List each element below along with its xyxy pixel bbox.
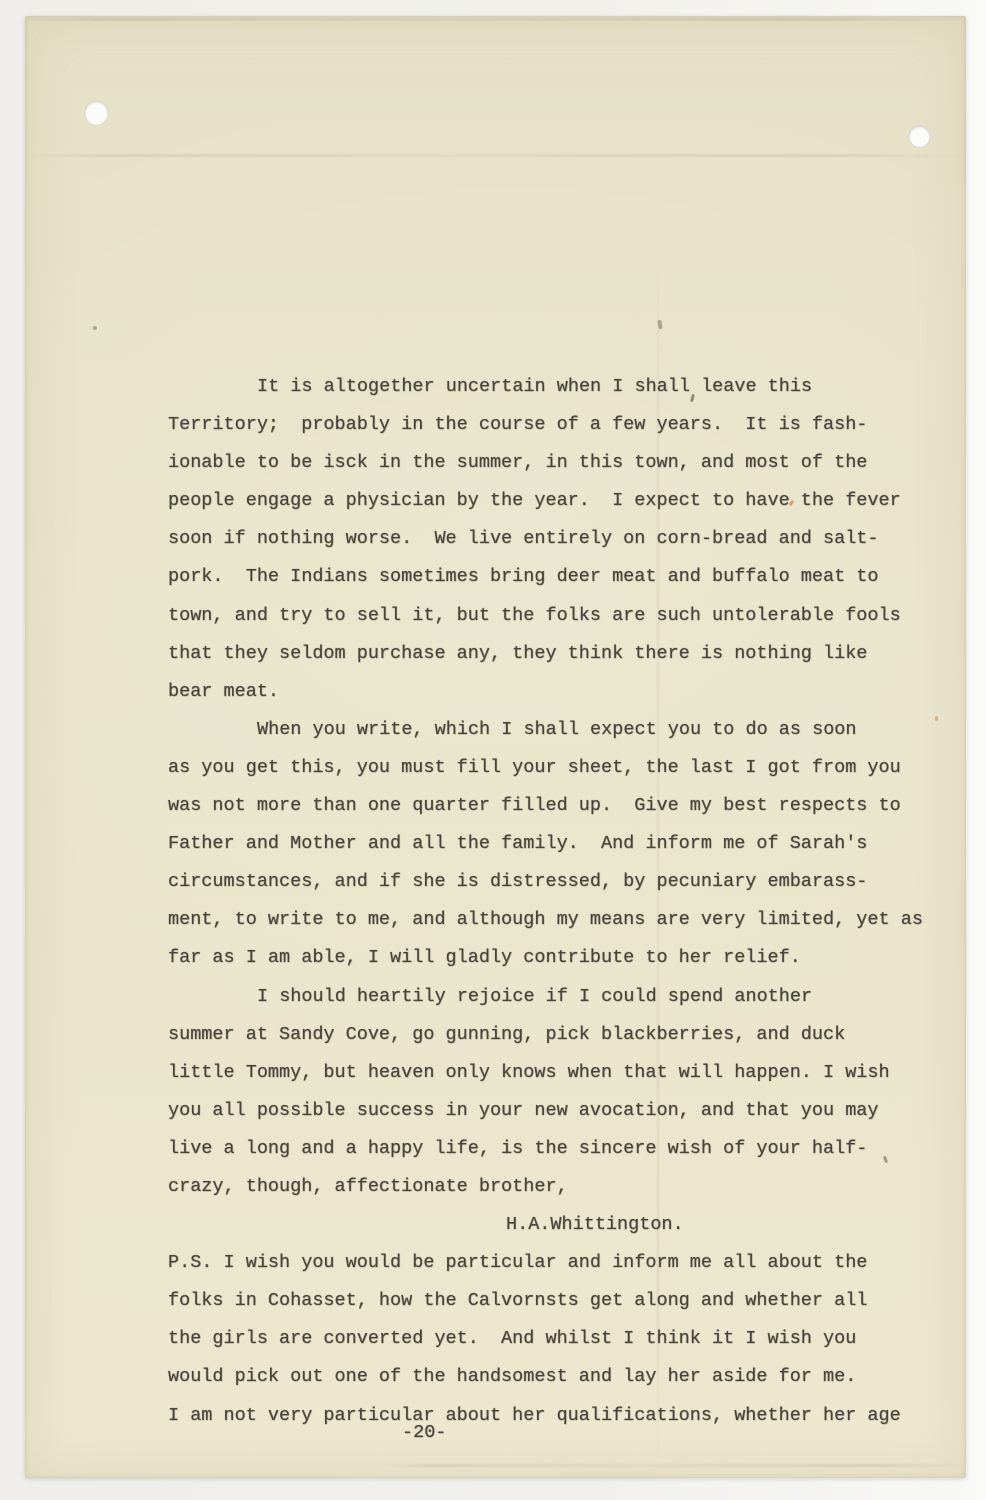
letter-line: pork. The Indians sometimes bring deer m… xyxy=(168,558,960,596)
page-number: -20- xyxy=(402,1414,446,1452)
ink-smudge xyxy=(657,320,662,329)
letter-line: When you write, which I shall expect you… xyxy=(168,711,960,749)
punch-hole-right xyxy=(909,126,930,147)
letter-line: crazy, though, affectionate brother, xyxy=(168,1168,960,1206)
ps-line: would pick out one of the handsomest and… xyxy=(168,1358,960,1396)
letter-line: summer at Sandy Cove, go gunning, pick b… xyxy=(168,1016,960,1054)
scanned-letter-page: It is altogether uncertain when I shall … xyxy=(0,0,986,1500)
ps-line: P.S. I wish you would be particular and … xyxy=(168,1244,960,1282)
paper-crease-top-edge xyxy=(25,18,966,21)
paper-crease-upper xyxy=(25,154,966,157)
letter-line: little Tommy, but heaven only knows when… xyxy=(168,1054,960,1092)
letter-line: circumstances, and if she is distressed,… xyxy=(168,863,960,901)
letter-line: Territory; probably in the course of a f… xyxy=(168,406,960,444)
letter-line: as you get this, you must fill your shee… xyxy=(168,749,960,787)
letter-line: that they seldom purchase any, they thin… xyxy=(168,635,960,673)
signature-line: H.A.Whittington. xyxy=(168,1206,960,1244)
letter-line: It is altogether uncertain when I shall … xyxy=(168,368,960,406)
ps-line: folks in Cohasset, how the Calvornsts ge… xyxy=(168,1282,960,1320)
paper-sheet: It is altogether uncertain when I shall … xyxy=(25,16,966,1478)
ps-line: the girls are converted yet. And whilst … xyxy=(168,1320,960,1358)
paper-crease-bottom xyxy=(383,1464,966,1467)
letter-line: I should heartily rejoice if I could spe… xyxy=(168,978,960,1016)
letter-line: ionable to be isck in the summer, in thi… xyxy=(168,444,960,482)
letter-line: Father and Mother and all the family. An… xyxy=(168,825,960,863)
letter-line: was not more than one quarter filled up.… xyxy=(168,787,960,825)
letter-line: ment, to write to me, and although my me… xyxy=(168,901,960,939)
paper-speck xyxy=(93,326,97,330)
letter-line: bear meat. xyxy=(168,673,960,711)
letter-body: It is altogether uncertain when I shall … xyxy=(168,368,960,1435)
letter-line: people engage a physician by the year. I… xyxy=(168,482,960,520)
letter-line: far as I am able, I will gladly contribu… xyxy=(168,939,960,977)
ps-line: I am not very particular about her quali… xyxy=(168,1397,960,1435)
letter-line: town, and try to sell it, but the folks … xyxy=(168,597,960,635)
punch-hole-left xyxy=(85,101,108,125)
letter-line: soon if nothing worse. We live entirely … xyxy=(168,520,960,558)
letter-line: live a long and a happy life, is the sin… xyxy=(168,1130,960,1168)
letter-line: you all possible success in your new avo… xyxy=(168,1092,960,1130)
